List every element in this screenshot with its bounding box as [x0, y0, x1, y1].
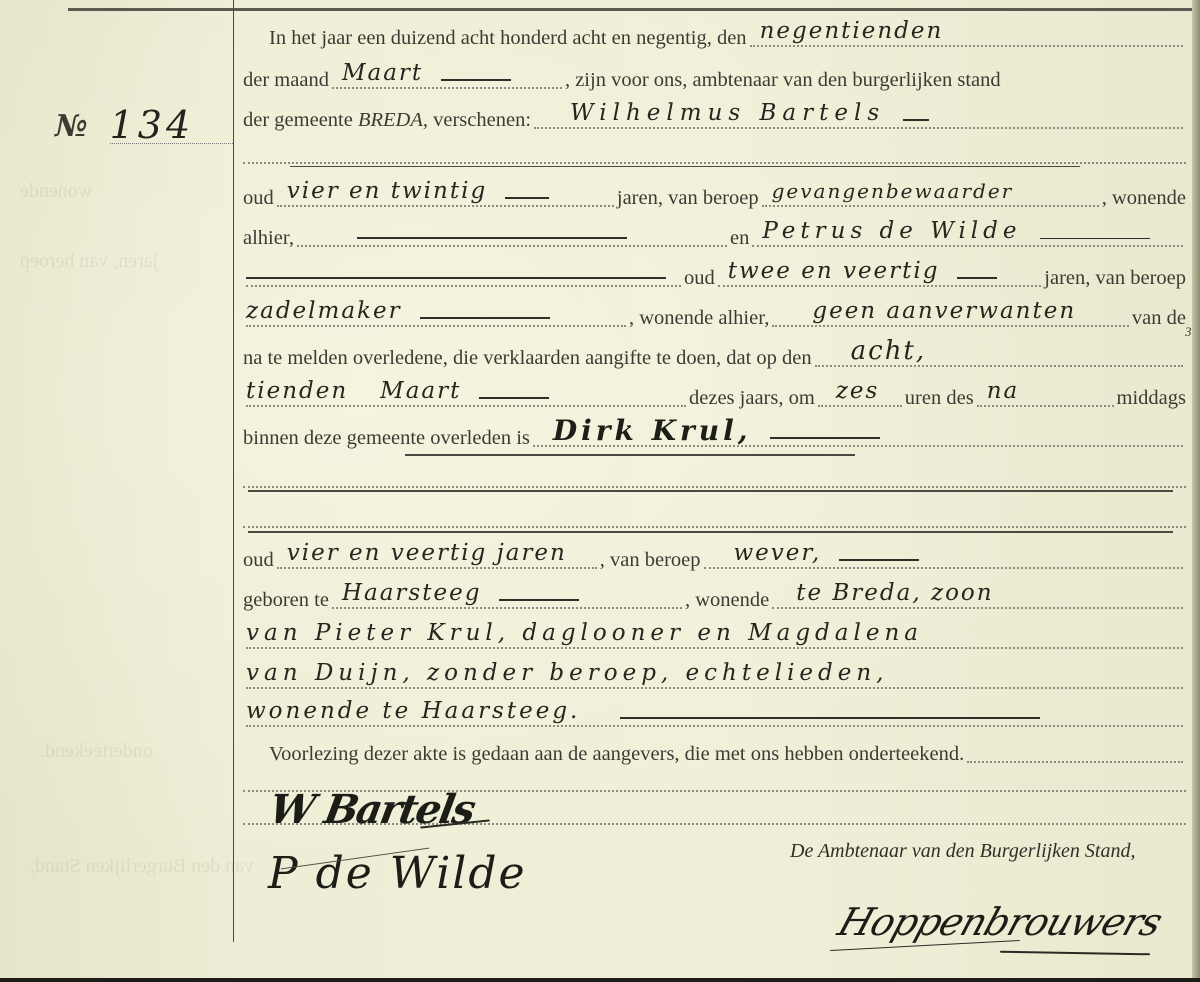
handwritten-declarant1-name: Wilhelmus Bartels	[534, 100, 895, 127]
handwritten-deceased-age: vier en veertig jaren	[277, 540, 577, 567]
handwritten-death-day-part1: acht,	[815, 338, 937, 365]
bleed-through-text: onderteekend.	[40, 740, 153, 763]
day-field: negentienden	[750, 17, 1183, 47]
form-text: oud	[243, 549, 274, 574]
register-page: wonende jaren, van beroep onderteekend. …	[0, 0, 1200, 982]
form-line-5: oud vier en twintig jaren, van beroep ge…	[243, 178, 1186, 212]
blank-dotted-line	[243, 486, 1186, 488]
bleed-through-text: van den Burgerlijken Stand,	[30, 855, 254, 878]
form-text: dezes jaars, om	[689, 387, 815, 412]
handwritten-death-day-part2: tienden	[246, 378, 358, 405]
handwritten-part-of-day: na	[977, 378, 1030, 405]
handwritten-declarant2-name: Petrus de Wilde	[752, 218, 1031, 245]
handwritten-declarant1-age: vier en twintig	[277, 178, 497, 205]
strike-line	[405, 454, 855, 456]
filler-dash	[420, 317, 550, 319]
declarant1-occupation-field: gevangenbewaarder	[762, 177, 1099, 207]
filler-dash	[903, 119, 929, 121]
birthplace-field: Haarsteeg	[332, 579, 682, 609]
form-line-9: na te melden overledene, die verklaarden…	[243, 338, 1186, 372]
form-line-18: wonende te Haarsteeg.	[243, 698, 1186, 732]
form-text: van de	[1132, 307, 1186, 332]
part-of-day-field: na	[977, 377, 1114, 407]
filler-dash	[1040, 238, 1150, 239]
filler-dash	[499, 599, 579, 601]
handwritten-birthplace: Haarsteeg	[332, 580, 491, 607]
closing-fill	[967, 733, 1183, 763]
handwritten-month: Maart	[332, 60, 433, 87]
declarant2-occupation-field: zadelmaker	[246, 297, 626, 327]
handwritten-parents-cont: van Duijn, zonder beroep, echtelieden,	[246, 660, 899, 687]
act-number-value: 134	[110, 107, 233, 144]
margin-mark: 3	[1185, 324, 1192, 340]
form-line-1: In het jaar een duizend acht honderd ach…	[243, 18, 1186, 52]
handwritten-declarant2-age: twee en veertig	[718, 258, 950, 285]
margin-rule	[233, 0, 234, 942]
official-title: De Ambtenaar van den Burgerlijken Stand,	[790, 840, 1136, 863]
form-text: binnen deze gemeente overleden is	[243, 427, 530, 452]
form-line-10: tienden Maart dezes jaars, om zes uren d…	[243, 378, 1186, 412]
signature-official: Hoppenbrouwers	[833, 900, 1167, 944]
signature-declarant2: P de Wilde	[268, 848, 527, 899]
form-text: oud	[684, 267, 715, 292]
strike-line	[248, 490, 1173, 492]
form-line-19: Voorlezing dezer akte is gedaan aan de a…	[243, 734, 1186, 768]
form-text: , van beroep	[600, 549, 701, 574]
filler-dash	[246, 277, 666, 279]
filler-dash	[357, 237, 627, 239]
filler-dash	[441, 79, 511, 81]
relation-field: geen aanverwanten	[772, 297, 1129, 327]
form-text: en	[730, 227, 749, 252]
handwritten-hour: zes	[818, 378, 890, 405]
strike-line	[248, 531, 1173, 533]
filler-dash	[479, 397, 549, 399]
month-field: Maart	[332, 59, 562, 89]
form-line-15: geboren te Haarsteeg , wonende te Breda,…	[243, 580, 1186, 614]
page-bottom-edge	[0, 978, 1200, 982]
municipality-name: BREDA	[358, 109, 423, 134]
blank-field	[246, 257, 681, 287]
handwritten-parents-residence: wonende te Haarsteeg.	[246, 698, 590, 725]
form-line-16: van Pieter Krul, daglooner en Magdalena	[243, 620, 1186, 654]
filler-dash	[620, 717, 1040, 719]
handwritten-death-month: Maart	[358, 378, 471, 405]
death-day-field: acht,	[815, 337, 1183, 367]
handwritten-deceased-occupation: wever,	[704, 540, 832, 567]
handwritten-deceased-name: Dirk Krul,	[533, 418, 762, 445]
form-line-8: zadelmaker , wonende alhier, geen aanver…	[243, 298, 1186, 332]
form-text: In het jaar een duizend acht honderd ach…	[269, 27, 747, 52]
filler-dash	[957, 277, 997, 279]
handwritten-relation: geen aanverwanten	[772, 298, 1086, 325]
blank-field	[297, 217, 727, 247]
form-text: der maand	[243, 69, 329, 94]
strike-line	[290, 166, 1080, 167]
form-text: jaren, van beroep	[1044, 267, 1186, 292]
deceased-age-field: vier en veertig jaren	[277, 539, 597, 569]
death-date-field: tienden Maart	[246, 377, 686, 407]
form-line-7: oud twee en veertig jaren, van beroep	[243, 258, 1186, 292]
deceased-occupation-field: wever,	[704, 539, 1184, 569]
form-text: , wonende	[1102, 187, 1186, 212]
handwritten-declarant1-occupation: gevangenbewaarder	[762, 178, 1024, 205]
top-rule	[68, 8, 1200, 11]
form-text: jaren, van beroep	[617, 187, 759, 212]
form-text: , verschenen:	[423, 109, 531, 134]
residence-field: te Breda, zoon	[772, 579, 1183, 609]
hour-field: zes	[818, 377, 902, 407]
filler-dash	[505, 197, 549, 199]
handwritten-parents: van Pieter Krul, daglooner en Magdalena	[246, 620, 933, 647]
blank-dotted-line	[243, 526, 1186, 528]
declarant2-name-field: Petrus de Wilde	[752, 217, 1183, 247]
deceased-name-field: Dirk Krul,	[533, 417, 1183, 447]
page-edge	[1192, 0, 1200, 982]
number-sign: №	[55, 109, 88, 144]
form-text: middags	[1117, 387, 1186, 412]
blank-dotted-line	[243, 162, 1186, 164]
form-text: , wonende	[685, 589, 769, 614]
form-line-3: der gemeente BREDA , verschenen: Wilhelm…	[243, 100, 1186, 134]
form-text: na te melden overledene, die verklaarden…	[243, 347, 812, 372]
parents-field: van Pieter Krul, daglooner en Magdalena	[246, 619, 1183, 649]
form-text: , wonende alhier,	[629, 307, 769, 332]
parents-field-cont: van Duijn, zonder beroep, echtelieden,	[246, 659, 1183, 689]
bleed-through-text: jaren, van beroep	[20, 250, 158, 273]
form-line-2: der maand Maart , zijn voor ons, ambtena…	[243, 60, 1186, 94]
form-text: oud	[243, 187, 274, 212]
form-text: geboren te	[243, 589, 329, 614]
signature-flourish	[1000, 951, 1150, 956]
form-text: der gemeente	[243, 109, 353, 134]
filler-dash	[770, 437, 880, 439]
handwritten-declarant2-occupation: zadelmaker	[246, 298, 412, 325]
filler-dash	[839, 559, 919, 561]
bleed-through-text: wonende	[20, 180, 92, 203]
form-line-11: binnen deze gemeente overleden is Dirk K…	[243, 418, 1186, 452]
declarant2-age-field: twee en veertig	[718, 257, 1042, 287]
declarant1-age-field: vier en twintig	[277, 177, 614, 207]
parents-residence-field: wonende te Haarsteeg.	[246, 697, 1183, 727]
form-text: , zijn voor ons, ambtenaar van den burge…	[565, 69, 1001, 94]
form-line-6: alhier, en Petrus de Wilde	[243, 218, 1186, 252]
handwritten-residence: te Breda, zoon	[772, 580, 1003, 607]
form-text: alhier,	[243, 227, 294, 252]
form-text: uren des	[905, 387, 974, 412]
act-number: № 134	[55, 100, 233, 144]
form-line-17: van Duijn, zonder beroep, echtelieden,	[243, 660, 1186, 694]
closing-formula: Voorlezing dezer akte is gedaan aan de a…	[269, 743, 964, 768]
form-line-14: oud vier en veertig jaren , van beroep w…	[243, 540, 1186, 574]
handwritten-day: negentienden	[750, 18, 954, 45]
declarant1-name-field: Wilhelmus Bartels	[534, 99, 1183, 129]
